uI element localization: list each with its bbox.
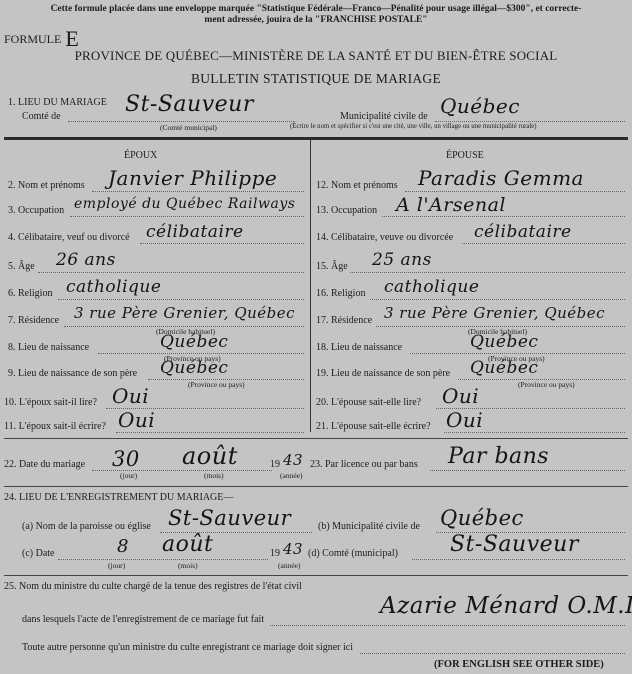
enreg-jour-hint: (jour) — [108, 561, 125, 570]
lieu-mariage-label: 1. LIEU DU MARIAGE — [8, 97, 107, 108]
epouse-nom-label: 12. Nom et prénoms — [316, 180, 398, 191]
enreg-comte-label: (d) Comté (municipal) — [308, 548, 398, 559]
epouse-naissance-pere-hint: (Province ou pays) — [518, 380, 575, 389]
field-line — [92, 191, 304, 192]
epouse-ecrire-value[interactable]: Oui — [446, 408, 483, 432]
enreg-municipalite-value[interactable]: Québec — [440, 506, 524, 530]
epouse-occupation-value[interactable]: A l'Arsenal — [396, 194, 506, 216]
field-line — [58, 559, 268, 560]
licence-value[interactable]: Par bans — [448, 444, 549, 469]
epoux-naissance-pere-value[interactable]: Québec — [160, 358, 228, 378]
comte-label: Comté de — [22, 111, 61, 122]
epouse-etat-value[interactable]: célibataire — [474, 222, 572, 242]
jour-hint: (jour) — [120, 471, 137, 480]
field-line — [370, 299, 625, 300]
epoux-etat-label: 4. Célibataire, veuf ou divorcé — [8, 232, 130, 243]
epoux-residence-value[interactable]: 3 rue Père Grenier, Québec — [74, 304, 295, 322]
enreg-municipalite-label: (b) Municipalité civile de — [318, 521, 420, 532]
ministre-line3: Toute autre personne qu'un ministre du c… — [22, 642, 353, 653]
municipalite-value[interactable]: Québec — [440, 94, 520, 118]
epoux-nom-label: 2. Nom et prénoms — [8, 180, 85, 191]
section-divider — [4, 438, 628, 439]
epouse-age-value[interactable]: 25 ans — [372, 250, 432, 270]
comte-value[interactable]: St-Sauveur — [125, 92, 254, 117]
formule-label: FORMULE — [4, 32, 61, 46]
epoux-naissance-pere-hint: (Province ou pays) — [188, 380, 245, 389]
enreg-jour[interactable]: 8 — [117, 536, 129, 557]
municipalite-line — [435, 121, 625, 122]
postal-notice-line1: Cette formule placée dans une enveloppe … — [0, 4, 632, 15]
date-mariage-mois[interactable]: août — [182, 442, 238, 470]
field-line — [116, 432, 304, 433]
annee-hint: (année) — [280, 471, 302, 480]
field-line — [412, 559, 625, 560]
epouse-religion-label: 16. Religion — [316, 288, 365, 299]
epouse-heading: ÉPOUSE — [446, 150, 484, 161]
field-line — [58, 299, 304, 300]
field-line — [405, 191, 625, 192]
municipalite-hint: (Écrire le nom et spécifier si c'est une… — [290, 123, 537, 130]
epoux-religion-label: 6. Religion — [8, 288, 52, 299]
epoux-residence-label: 7. Résidence — [8, 315, 59, 326]
epouse-age-label: 15. Âge — [316, 261, 348, 272]
date-mariage-annee[interactable]: 43 — [283, 451, 303, 469]
enreg-annee[interactable]: 43 — [283, 540, 303, 558]
enreg-date-label: (c) Date — [22, 548, 54, 559]
epoux-age-label: 5. Âge — [8, 261, 35, 272]
enreg-mois[interactable]: août — [162, 532, 213, 557]
section-divider — [4, 137, 628, 140]
ministre-signature[interactable]: Azarie Ménard O.M.I. — [380, 593, 632, 619]
enreg-annee-hint: (année) — [278, 561, 300, 570]
column-divider — [310, 140, 311, 432]
epoux-naissance-pere-label: 9. Lieu de naissance de son père — [8, 368, 137, 379]
comte-hint: (Comté municipal) — [160, 123, 217, 132]
field-line — [462, 243, 625, 244]
field-line — [70, 216, 304, 217]
enreg-mois-hint: (mois) — [178, 561, 198, 570]
date-mariage-jour[interactable]: 30 — [112, 447, 140, 471]
epoux-religion-value[interactable]: catholique — [66, 277, 161, 297]
epouse-residence-label: 17. Résidence — [316, 315, 372, 326]
section-divider — [4, 575, 628, 576]
epouse-naissance-label: 18. Lieu de naissance — [316, 342, 402, 353]
field-line — [360, 653, 625, 654]
enreg-annee-prefix: 19 — [270, 548, 280, 559]
epoux-occupation-value[interactable]: employé du Québec Railways — [74, 196, 295, 212]
epouse-naissance-pere-value[interactable]: Québec — [470, 358, 538, 378]
epoux-age-value[interactable]: 26 ans — [56, 250, 116, 270]
annee-prefix: 19 — [270, 459, 280, 470]
epoux-etat-value[interactable]: célibataire — [146, 222, 244, 242]
field-line — [444, 432, 625, 433]
ministry-heading: PROVINCE DE QUÉBEC—MINISTÈRE DE LA SANTÉ… — [0, 48, 632, 64]
comte-line — [68, 121, 294, 122]
enreg-comte-value[interactable]: St-Sauveur — [450, 532, 579, 557]
field-line — [350, 272, 625, 273]
epoux-occupation-label: 3. Occupation — [8, 205, 64, 216]
field-line — [382, 216, 625, 217]
english-notice: (FOR ENGLISH SEE OTHER SIDE) — [434, 659, 604, 670]
epouse-religion-value[interactable]: catholique — [384, 277, 479, 297]
epoux-naissance-value[interactable]: Québec — [160, 332, 228, 352]
date-mariage-label: 22. Date du mariage — [4, 459, 85, 470]
epoux-ecrire-label: 11. L'époux sait-il écrire? — [4, 421, 106, 432]
enregistrement-label: 24. LIEU DE L'ENREGISTREMENT DU MARIAGE— — [4, 492, 233, 503]
epouse-naissance-pere-label: 19. Lieu de naissance de son père — [316, 368, 450, 379]
licence-label: 23. Par licence ou par bans — [310, 459, 418, 470]
section-divider — [4, 486, 628, 487]
epouse-residence-value[interactable]: 3 rue Père Grenier, Québec — [384, 304, 605, 322]
epoux-ecrire-value[interactable]: Oui — [118, 408, 155, 432]
epouse-occupation-label: 13. Occupation — [316, 205, 377, 216]
municipalite-label: Municipalité civile de — [340, 111, 428, 122]
epoux-lire-label: 10. L'époux sait-il lire? — [4, 397, 97, 408]
paroisse-value[interactable]: St-Sauveur — [168, 506, 291, 530]
epoux-nom-value[interactable]: Janvier Philippe — [108, 166, 277, 190]
paroisse-label: (a) Nom de la paroisse ou église — [22, 521, 151, 532]
field-line — [270, 625, 625, 626]
mois-hint: (mois) — [204, 471, 224, 480]
epouse-lire-value[interactable]: Oui — [442, 384, 479, 408]
field-line — [430, 470, 625, 471]
epouse-lire-label: 20. L'épouse sait-elle lire? — [316, 397, 421, 408]
field-line — [140, 243, 304, 244]
epoux-heading: ÉPOUX — [124, 150, 157, 161]
epouse-naissance-value[interactable]: Québec — [470, 332, 538, 352]
epoux-lire-value[interactable]: Oui — [112, 384, 149, 408]
epouse-nom-value[interactable]: Paradis Gemma — [418, 166, 584, 190]
postal-notice-line2: ment adressée, jouira de la "FRANCHISE P… — [0, 15, 632, 26]
ministre-line2: dans lesquels l'acte de l'enregistrement… — [22, 614, 264, 625]
ministre-line1: 25. Nom du ministre du culte chargé de l… — [4, 581, 302, 592]
epouse-etat-label: 14. Célibataire, veuve ou divorcée — [316, 232, 453, 243]
field-line — [38, 272, 304, 273]
epouse-ecrire-label: 21. L'épouse sait-elle écrire? — [316, 421, 431, 432]
document-title: BULLETIN STATISTIQUE DE MARIAGE — [0, 71, 632, 87]
epoux-naissance-label: 8. Lieu de naissance — [8, 342, 89, 353]
